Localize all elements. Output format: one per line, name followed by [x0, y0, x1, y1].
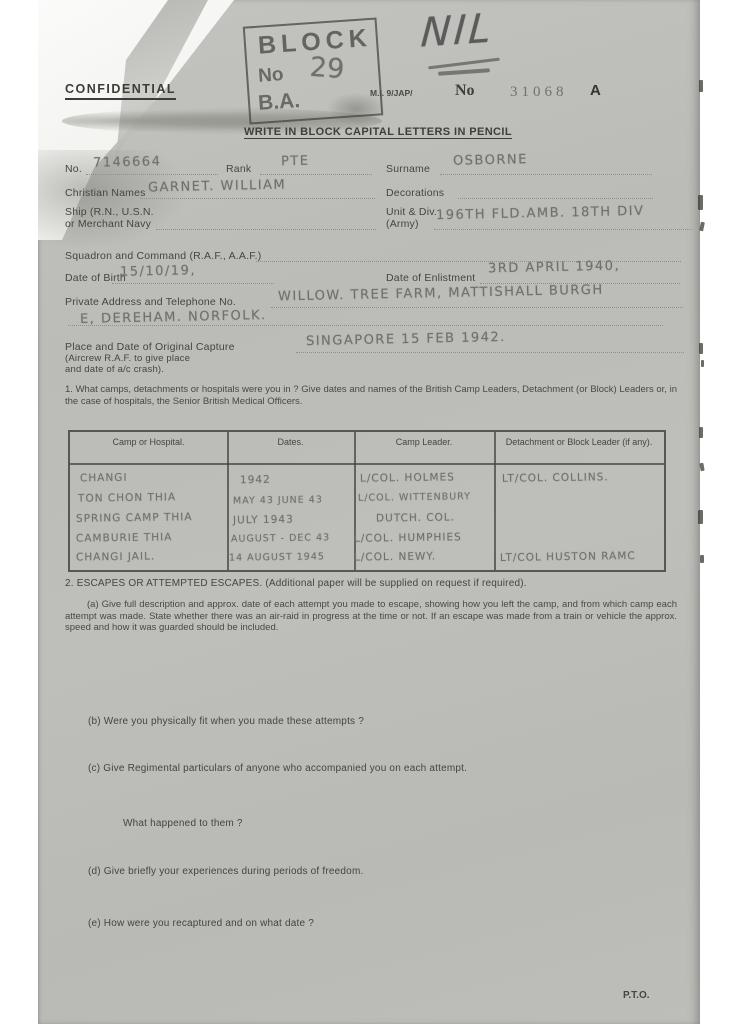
- table-header-rule: [70, 463, 664, 465]
- edge-artifact: [698, 195, 703, 210]
- camp-cell: CAMBURIE THIA: [76, 531, 173, 544]
- leader-cell: L/COL. HUMPHIES: [354, 531, 462, 545]
- edge-artifact: [699, 427, 703, 438]
- dates-cell: AUGUST - DEC 43: [231, 532, 330, 544]
- section2-item-b: (b) Were you physically fit when you mad…: [88, 716, 364, 727]
- table-divider-3: [494, 432, 496, 570]
- capture-note-line2: and date of a/c crash).: [65, 364, 164, 375]
- section2-heading: 2. ESCAPES OR ATTEMPTED ESCAPES. (Additi…: [65, 578, 527, 589]
- stamp-ba-label: B.A.: [257, 89, 301, 116]
- unit-div-value: 196TH FLD.AMB. 18TH DIV: [436, 204, 645, 223]
- address-line2: [68, 325, 663, 326]
- christian-names-line: [140, 198, 375, 199]
- leader-cell: L/COL. WITTENBURY: [358, 491, 471, 504]
- surname-value: OSBORNE: [453, 152, 528, 169]
- christian-names-value: GARNET. WILLIAM: [148, 178, 287, 196]
- camp-cell: CHANGI JAIL.: [76, 550, 155, 563]
- block-capitals-instruction: WRITE IN BLOCK CAPITAL LETTERS IN PENCIL: [188, 126, 568, 138]
- address-line1: [271, 307, 683, 308]
- camp-cell: SPRING CAMP THIA: [76, 511, 193, 525]
- nil-underline: [428, 58, 500, 70]
- stamp-no-label: No: [258, 64, 285, 88]
- decorations-label: Decorations: [386, 187, 444, 199]
- rank-line: [260, 174, 372, 175]
- questionnaire-suffix: A: [590, 82, 601, 99]
- confidential-label: CONFIDENTIAL: [65, 82, 176, 100]
- form-page: CONFIDENTIAL BLOCK No 29 B.A. NIL M.I. 9…: [38, 0, 700, 1024]
- section2-item-c2: What happened to them ?: [123, 818, 243, 829]
- rank-value: PTE: [281, 154, 310, 170]
- ship-label-line1: Ship (R.N., U.S.N.: [65, 206, 154, 218]
- camp-cell: CHANGI: [80, 472, 128, 485]
- edge-artifact: [699, 80, 703, 92]
- col-header-camp: Camp or Hospital.: [70, 437, 227, 448]
- enlistment-value: 3RD APRIL 1940,: [488, 259, 620, 277]
- questionnaire-no-label: No: [455, 82, 475, 100]
- squadron-label: Squadron and Command (R.A.F., A.A.F.): [65, 250, 262, 262]
- christian-names-label: Christian Names: [65, 187, 146, 199]
- section2-item-e: (e) How were you recaptured and on what …: [88, 918, 314, 929]
- service-no-value: 7146664: [93, 154, 162, 170]
- section2-item-c: (c) Give Regimental particulars of anyon…: [88, 763, 467, 774]
- enlistment-label: Date of Enlistment: [386, 272, 475, 284]
- scanned-document: CONFIDENTIAL BLOCK No 29 B.A. NIL M.I. 9…: [0, 0, 739, 1024]
- rank-label: Rank: [226, 163, 251, 175]
- capture-note-line1: (Aircrew R.A.F. to give place: [65, 353, 190, 364]
- leader-cell: L/COL. NEWY.: [354, 550, 436, 563]
- ship-line: [156, 229, 376, 230]
- leader-cell: L/COL. HOLMES: [360, 471, 455, 484]
- table-divider-2: [354, 432, 356, 570]
- address-value-line1: WILLOW. TREE FARM, MATTISHALL BURGH: [278, 283, 604, 305]
- capture-line: [296, 352, 684, 353]
- table-divider-1: [227, 432, 229, 570]
- detachment-cell: LT/COL HUSTON RAMC: [500, 550, 636, 564]
- section2-item-d: (d) Give briefly your experiences during…: [88, 866, 363, 877]
- mi9-reference: M.I. 9/JAP/: [370, 88, 413, 98]
- pto-label: P.T.O.: [623, 990, 650, 1001]
- nil-handwritten: NIL: [419, 5, 495, 56]
- col-header-detachment: Detachment or Block Leader (if any).: [494, 437, 664, 448]
- section2-item-a: (a) Give full description and approx. da…: [65, 599, 677, 634]
- edge-artifact: [699, 343, 703, 354]
- camps-table: Camp or Hospital. Dates. Camp Leader. De…: [68, 430, 666, 572]
- unit-div-line: [434, 229, 692, 230]
- detachment-cell: LT/COL. COLLINS.: [502, 471, 609, 484]
- surname-line: [440, 174, 652, 175]
- dob-value: 15/10/19,: [120, 263, 196, 280]
- dates-cell: 14 AUGUST 1945: [229, 551, 325, 563]
- questionnaire-number: 31068: [510, 84, 568, 101]
- unit-div-label-line1: Unit & Div.: [386, 206, 437, 218]
- edge-artifact: [701, 360, 704, 367]
- service-no-line: [86, 174, 218, 175]
- col-header-dates: Dates.: [227, 437, 354, 448]
- capture-label: Place and Date of Original Capture: [65, 341, 235, 353]
- unit-div-label-line2: (Army): [386, 218, 419, 230]
- capture-value: SINGAPORE 15 FEB 1942.: [306, 330, 506, 349]
- address-label: Private Address and Telephone No.: [65, 296, 236, 308]
- ship-label-line2: or Merchant Navy: [65, 218, 151, 230]
- dates-cell: JULY 1943: [233, 514, 294, 527]
- stamp-block-number-handwritten: 29: [309, 52, 345, 85]
- edge-artifact: [700, 555, 704, 563]
- edge-artifact: [699, 463, 704, 472]
- dates-cell: MAY 43 JUNE 43: [233, 494, 323, 506]
- block-number-stamp: BLOCK No 29 B.A.: [243, 17, 384, 124]
- question-1: 1. What camps, detachments or hospitals …: [65, 384, 677, 407]
- edge-artifact: [698, 510, 703, 524]
- dob-line: [112, 283, 274, 284]
- decorations-line: [458, 198, 653, 199]
- nil-underline-2: [438, 68, 490, 76]
- dates-cell: 1942: [240, 474, 271, 486]
- surname-label: Surname: [386, 163, 430, 175]
- col-header-leader: Camp Leader.: [354, 437, 494, 448]
- leader-cell: DUTCH. COL.: [376, 511, 455, 524]
- camp-cell: TON CHON THIA: [78, 491, 176, 504]
- edge-artifact: [699, 222, 705, 232]
- service-no-label: No.: [65, 163, 82, 175]
